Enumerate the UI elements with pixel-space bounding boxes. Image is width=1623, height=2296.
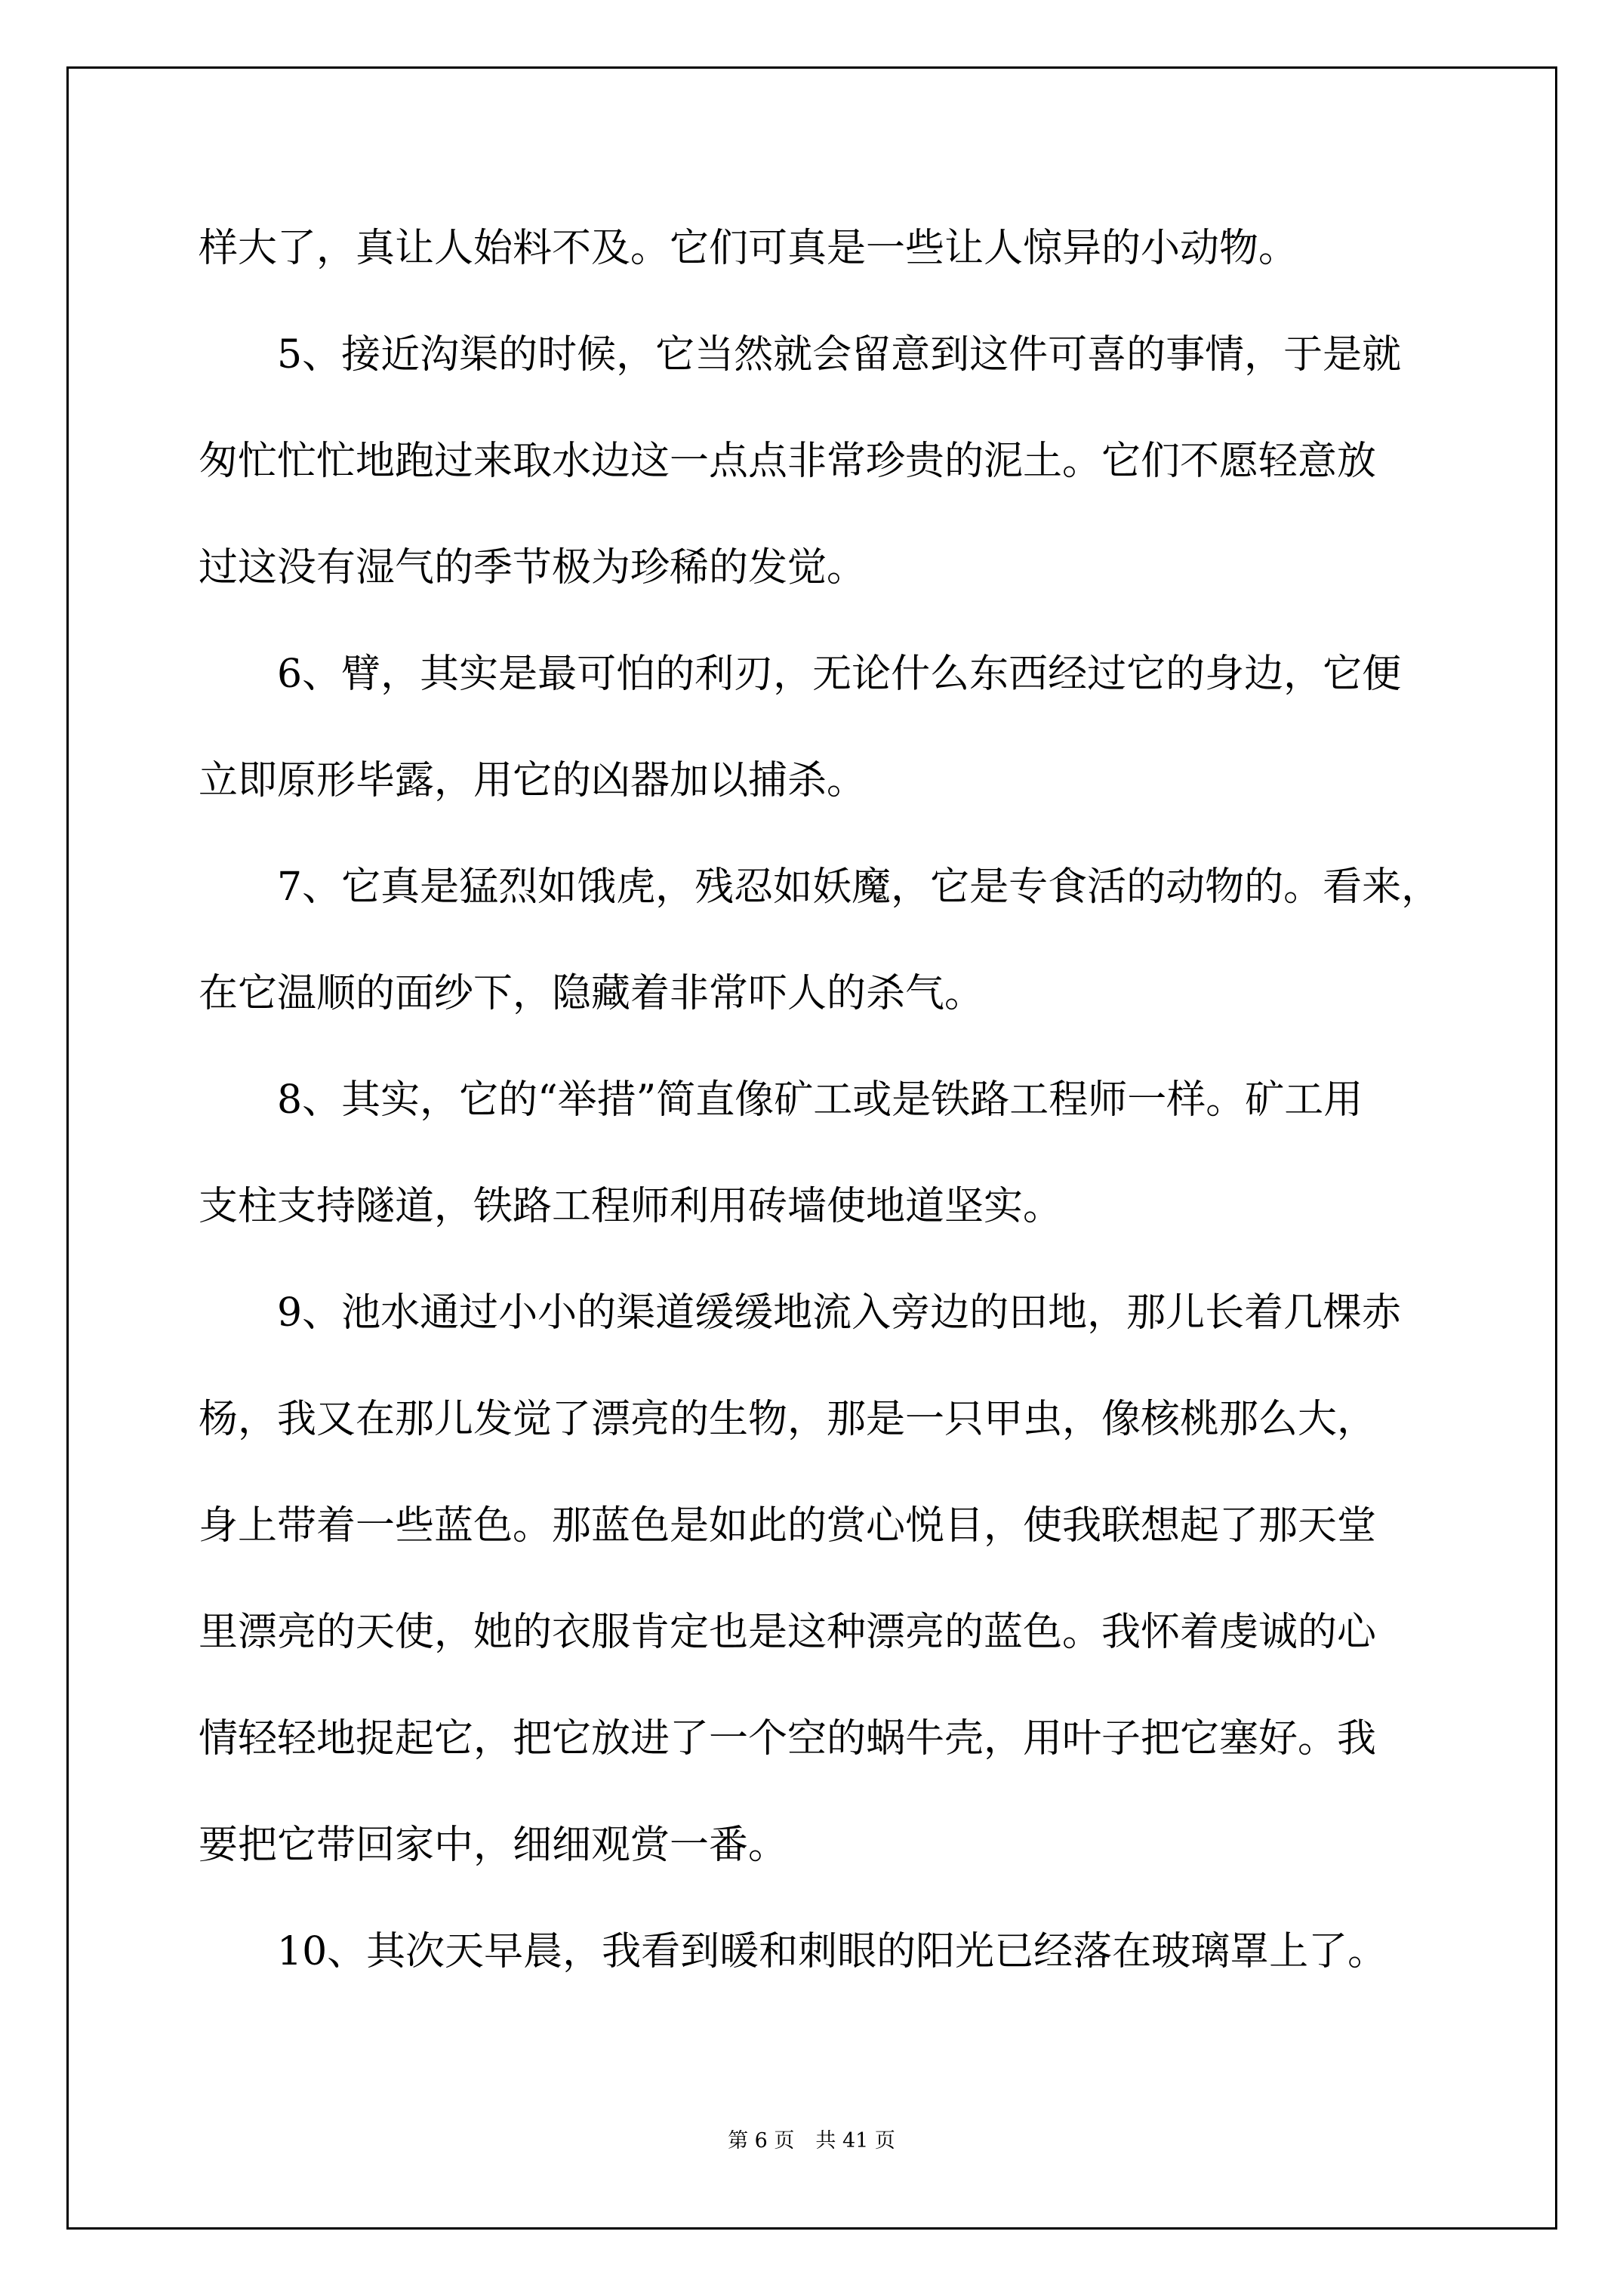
- text-line: 要把它带回家中，细细观赏一番。: [199, 1792, 1467, 1899]
- text-line: 5、接近沟渠的时候，它当然就会留意到这件可喜的事情，于是就: [199, 302, 1467, 408]
- text-line: 10、其次天早晨，我看到暖和刺眼的阳光已经落在玻璃罩上了。: [199, 1899, 1467, 2005]
- text-line: 在它温顺的面纱下，隐藏着非常吓人的杀气。: [199, 941, 1467, 1047]
- text-line: 过这没有湿气的季节极为珍稀的发觉。: [199, 515, 1467, 621]
- text-line: 身上带着一些蓝色。那蓝色是如此的赏心悦目，使我联想起了那天堂: [199, 1473, 1467, 1579]
- page-footer: 第 6 页 共 41 页: [0, 2126, 1623, 2156]
- text-line: 里漂亮的天使，她的衣服肯定也是这种漂亮的蓝色。我怀着虔诚的心: [199, 1579, 1467, 1686]
- text-line: 6、臂，其实是最可怕的利刃，无论什么东西经过它的身边，它便: [199, 621, 1467, 728]
- text-line: 支柱支持隧道，铁路工程师利用砖墙使地道坚实。: [199, 1154, 1467, 1260]
- footer-current-page: 第 6 页: [728, 2126, 794, 2156]
- text-line: 情轻轻地捉起它，把它放进了一个空的蜗牛壳，用叶子把它塞好。我: [199, 1686, 1467, 1792]
- text-line: 匆忙忙忙地跑过来取水边这一点点非常珍贵的泥土。它们不愿轻意放: [199, 408, 1467, 515]
- text-line: 立即原形毕露，用它的凶器加以捕杀。: [199, 728, 1467, 834]
- text-line: 9、池水通过小小的渠道缓缓地流入旁边的田地，那儿长着几棵赤: [199, 1260, 1467, 1367]
- footer-total-pages: 共 41 页: [815, 2126, 895, 2156]
- text-line: 杨，我又在那儿发觉了漂亮的生物，那是一只甲虫，像核桃那么大，: [199, 1367, 1467, 1473]
- text-line: 7、它真是猛烈如饿虎，残忍如妖魔，它是专食活的动物的。看来，: [199, 834, 1467, 941]
- body-text: 样大了，真让人始料不及。它们可真是一些让人惊异的小动物。5、接近沟渠的时候，它当…: [199, 196, 1467, 2005]
- document-page: { "document": { "language": "zh-CN", "li…: [0, 0, 1623, 2296]
- text-line: 8、其实，它的“举措”简直像矿工或是铁路工程师一样。矿工用: [199, 1047, 1467, 1154]
- text-line: 样大了，真让人始料不及。它们可真是一些让人惊异的小动物。: [199, 196, 1467, 302]
